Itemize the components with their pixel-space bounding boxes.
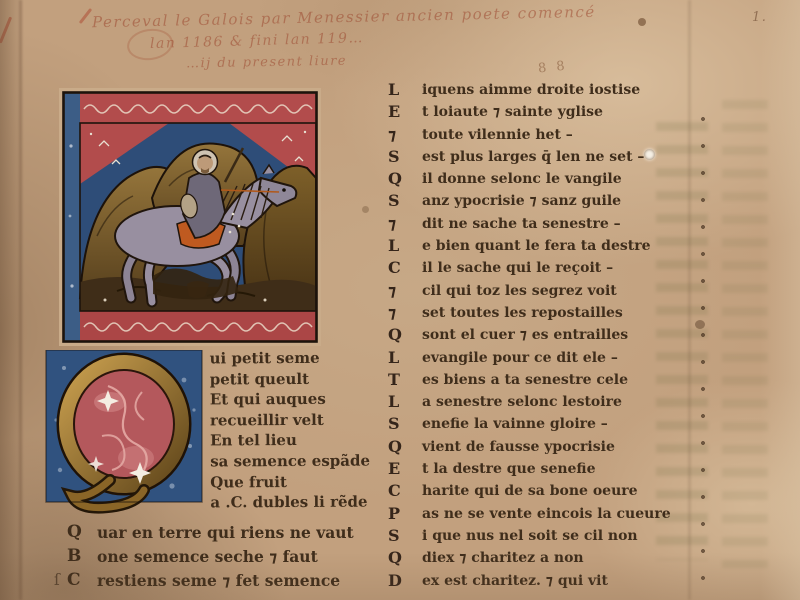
- verse-initial: Q: [388, 547, 422, 569]
- bleed-through-text: [722, 100, 768, 568]
- illuminated-initial-q: [44, 350, 206, 524]
- verse-text: e bien quant le fera ta destre: [422, 235, 651, 257]
- verse-initial: C: [388, 257, 422, 279]
- verse-initial: Q: [388, 436, 422, 458]
- verse-initial: ⁊: [388, 280, 422, 302]
- annotation-line: …ij du present liure: [186, 54, 347, 72]
- verse-row: Dex est charitez. ⁊ qui vit: [388, 570, 671, 592]
- verse-text: set toutes les repostailles: [422, 302, 623, 324]
- initial-q-art: [44, 350, 206, 524]
- manuscript-line: a .C. dubles li rẽde: [210, 492, 370, 513]
- left-column-lower: Quar en terre qui riens ne vautBone seme…: [54, 521, 354, 592]
- parchment-crease: [19, 0, 22, 600]
- verse-text: i que nus nel soit se cil non: [422, 525, 638, 547]
- verse-row: ⁊toute vilennie het –: [388, 124, 671, 146]
- verse-initial: ⁊: [388, 302, 422, 324]
- verse-initial: E: [388, 101, 422, 123]
- verse-text: sont el cuer ⁊ es entrailles: [422, 324, 628, 346]
- paraph-mark: ſ: [54, 569, 67, 593]
- verse-row: Pas ne se vente eincois la cueure: [388, 503, 671, 525]
- verse-initial: C: [388, 480, 422, 502]
- verse-row: ſCrestiens seme ⁊ fet semence: [54, 569, 354, 593]
- verse-row: Qsont el cuer ⁊ es entrailles: [388, 324, 671, 346]
- verse-row: Sest plus larges q̄ len ne set –: [388, 146, 671, 168]
- verse-text: t loiaute ⁊ sainte yglise: [422, 101, 603, 123]
- verse-initial: Q: [388, 168, 422, 190]
- verse-row: Quar en terre qui riens ne vaut: [54, 521, 354, 545]
- verse-text: iquens aimme droite iostise: [422, 79, 640, 101]
- verse-row: Tes biens a ta senestre cele: [388, 369, 671, 391]
- manuscript-line: recueillir velt: [210, 409, 370, 430]
- verse-row: ⁊dit ne sache ta senestre –: [388, 213, 671, 235]
- left-column-upper: ui petit semepetit queultEt qui auquesre…: [210, 348, 371, 514]
- verse-row: Liquens aimme droite iostise: [388, 79, 671, 101]
- verse-text: ex est charitez. ⁊ qui vit: [422, 570, 608, 592]
- verse-initial: T: [388, 369, 422, 391]
- red-pen-mark: [79, 8, 92, 24]
- verse-row: Si que nus nel soit se cil non: [388, 525, 671, 547]
- ink-stain: [695, 320, 705, 329]
- verse-initial: S: [388, 146, 422, 168]
- verse-row: Bone semence seche ⁊ faut: [54, 545, 354, 569]
- verse-row: Le bien quant le fera ta destre: [388, 235, 671, 257]
- manuscript-line: petit queult: [210, 368, 370, 389]
- annotation-line: Perceval le Galois par Menessier ancien …: [92, 3, 596, 32]
- verse-text: cil qui toz les segrez voit: [422, 280, 617, 302]
- verse-initial: S: [388, 525, 422, 547]
- verse-text: es biens a ta senestre cele: [422, 369, 628, 391]
- verse-text: diex ⁊ charitez a non: [422, 547, 584, 569]
- verse-initial: S: [388, 190, 422, 212]
- verse-initial: L: [388, 79, 422, 101]
- manuscript-line: Que fruit: [210, 471, 370, 492]
- manuscript-line: Et qui auques: [210, 389, 370, 410]
- pen-flourish: 8 8: [537, 58, 568, 76]
- verse-initial: C: [67, 569, 97, 593]
- verse-text: dit ne sache ta senestre –: [422, 213, 621, 235]
- ink-stain: [638, 18, 646, 26]
- verse-text: t la destre que senefie: [422, 458, 596, 480]
- verse-row: La senestre selonc lestoire: [388, 391, 671, 413]
- verse-row: Et la destre que senefie: [388, 458, 671, 480]
- verse-initial: Q: [67, 521, 97, 545]
- verse-text: anz ypocrisie ⁊ sanz guile: [422, 190, 621, 212]
- verse-initial: ⁊: [388, 124, 422, 146]
- verse-text: vient de fausse ypocrisie: [422, 436, 615, 458]
- paraph-mark: [54, 521, 67, 545]
- verse-initial: P: [388, 503, 422, 525]
- verse-row: Qvient de fausse ypocrisie: [388, 436, 671, 458]
- manuscript-line: sa semence espãde: [210, 451, 370, 472]
- miniature-art: [57, 86, 323, 348]
- verse-initial: L: [388, 235, 422, 257]
- verse-text: harite qui de sa bone oeure: [422, 480, 638, 502]
- manuscript-line: En tel lieu: [210, 430, 370, 451]
- verse-text: restiens seme ⁊ fet semence: [97, 569, 340, 593]
- verse-row: Senefie la vainne gloire –: [388, 413, 671, 435]
- verse-row: Qil donne selonc le vangile: [388, 168, 671, 190]
- verse-row: Cil le sache qui le reçoit –: [388, 257, 671, 279]
- manuscript-page: Perceval le Galois par Menessier ancien …: [0, 0, 800, 600]
- verse-row: Charite qui de sa bone oeure: [388, 480, 671, 502]
- verse-text: uar en terre qui riens ne vaut: [97, 521, 354, 545]
- pricking-holes-column: [700, 114, 707, 592]
- verse-row: Sanz ypocrisie ⁊ sanz guile: [388, 190, 671, 212]
- verse-text: toute vilennie het –: [422, 124, 573, 146]
- folio-number: 1.: [752, 10, 767, 25]
- verse-initial: D: [388, 570, 422, 592]
- verse-text: a senestre selonc lestoire: [422, 391, 622, 413]
- verse-text: est plus larges q̄ len ne set –: [422, 146, 644, 168]
- verse-initial: ⁊: [388, 213, 422, 235]
- verse-text: il le sache qui le reçoit –: [422, 257, 613, 279]
- verse-initial: S: [388, 413, 422, 435]
- ink-stain: [362, 206, 369, 213]
- verse-initial: L: [388, 391, 422, 413]
- verse-text: as ne se vente eincois la cueure: [422, 503, 671, 525]
- verse-row: Levangile pour ce dit ele –: [388, 347, 671, 369]
- sower-miniature-illustration: [57, 86, 323, 348]
- parchment-crease: [688, 0, 691, 600]
- verse-text: one semence seche ⁊ faut: [97, 545, 318, 569]
- verse-row: Qdiex ⁊ charitez a non: [388, 547, 671, 569]
- manuscript-line: ui petit seme: [210, 348, 370, 369]
- right-column: Liquens aimme droite iostiseEt loiaute ⁊…: [388, 79, 671, 592]
- verse-text: enefie la vainne gloire –: [422, 413, 608, 435]
- verse-initial: Q: [388, 324, 422, 346]
- verse-text: evangile pour ce dit ele –: [422, 347, 618, 369]
- annotation-line: lan 1186 & fini lan 119…: [150, 30, 364, 52]
- verse-row: ⁊set toutes les repostailles: [388, 302, 671, 324]
- verse-initial: B: [67, 545, 97, 569]
- verse-initial: L: [388, 347, 422, 369]
- verse-text: il donne selonc le vangile: [422, 168, 622, 190]
- paraph-mark: [54, 545, 67, 569]
- verse-row: Et loiaute ⁊ sainte yglise: [388, 101, 671, 123]
- red-pen-mark: [0, 16, 12, 43]
- verse-initial: E: [388, 458, 422, 480]
- verse-row: ⁊cil qui toz les segrez voit: [388, 280, 671, 302]
